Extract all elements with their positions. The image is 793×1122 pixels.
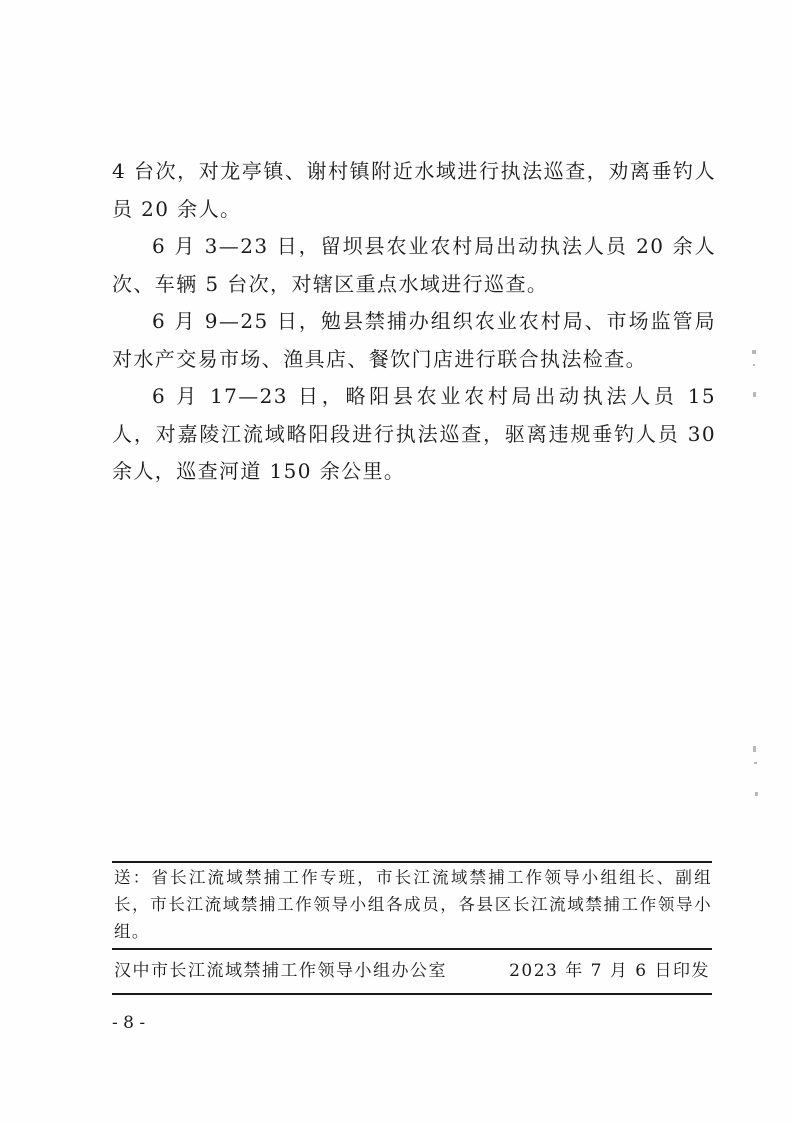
paragraph-mianxian-inspection: 6 月 9—25 日，勉县禁捕办组织农业农村局、市场监管局对水产交易市场、渔具店… bbox=[112, 303, 716, 378]
paragraph-liuba-patrol: 6 月 3—23 日，留坝县农业农村局出动执法人员 20 余人次、车辆 5 台次… bbox=[112, 228, 716, 303]
scan-artifact-mark bbox=[753, 392, 756, 397]
scan-artifact-mark bbox=[755, 792, 758, 796]
scan-artifact-mark bbox=[752, 350, 756, 354]
issuer-row: 汉中市长江流域禁捕工作领导小组办公室 2023 年 7 月 6 日印发 bbox=[114, 956, 710, 986]
distribution-top-rule bbox=[112, 861, 712, 863]
distribution-bottom-rule bbox=[112, 948, 712, 950]
paragraph-lueyang-patrol: 6 月 17—23 日，略阳县农业农村局出动执法人员 15 人，对嘉陵江流域略阳… bbox=[112, 378, 716, 491]
document-page: 4 台次，对龙亭镇、谢村镇附近水域进行执法巡查，劝离垂钓人员 20 余人。 6 … bbox=[0, 0, 793, 1122]
issuer-bottom-rule bbox=[112, 993, 712, 995]
page-number: - 8 - bbox=[112, 1011, 145, 1035]
scan-artifact-mark bbox=[753, 364, 755, 366]
scan-artifact-mark bbox=[754, 762, 757, 764]
scan-artifact-mark bbox=[753, 746, 756, 752]
distribution-list: 送：省长江流域禁捕工作专班，市长江流域禁捕工作领导小组组长、副组长，市长江流域禁… bbox=[114, 864, 712, 945]
issuing-office: 汉中市长江流域禁捕工作领导小组办公室 bbox=[114, 956, 447, 986]
issue-date: 2023 年 7 月 6 日印发 bbox=[509, 956, 710, 986]
document-body: 4 台次，对龙亭镇、谢村镇附近水域进行执法巡查，劝离垂钓人员 20 余人。 6 … bbox=[112, 153, 716, 491]
paragraph-hantai-patrol: 4 台次，对龙亭镇、谢村镇附近水域进行执法巡查，劝离垂钓人员 20 余人。 bbox=[112, 153, 716, 228]
